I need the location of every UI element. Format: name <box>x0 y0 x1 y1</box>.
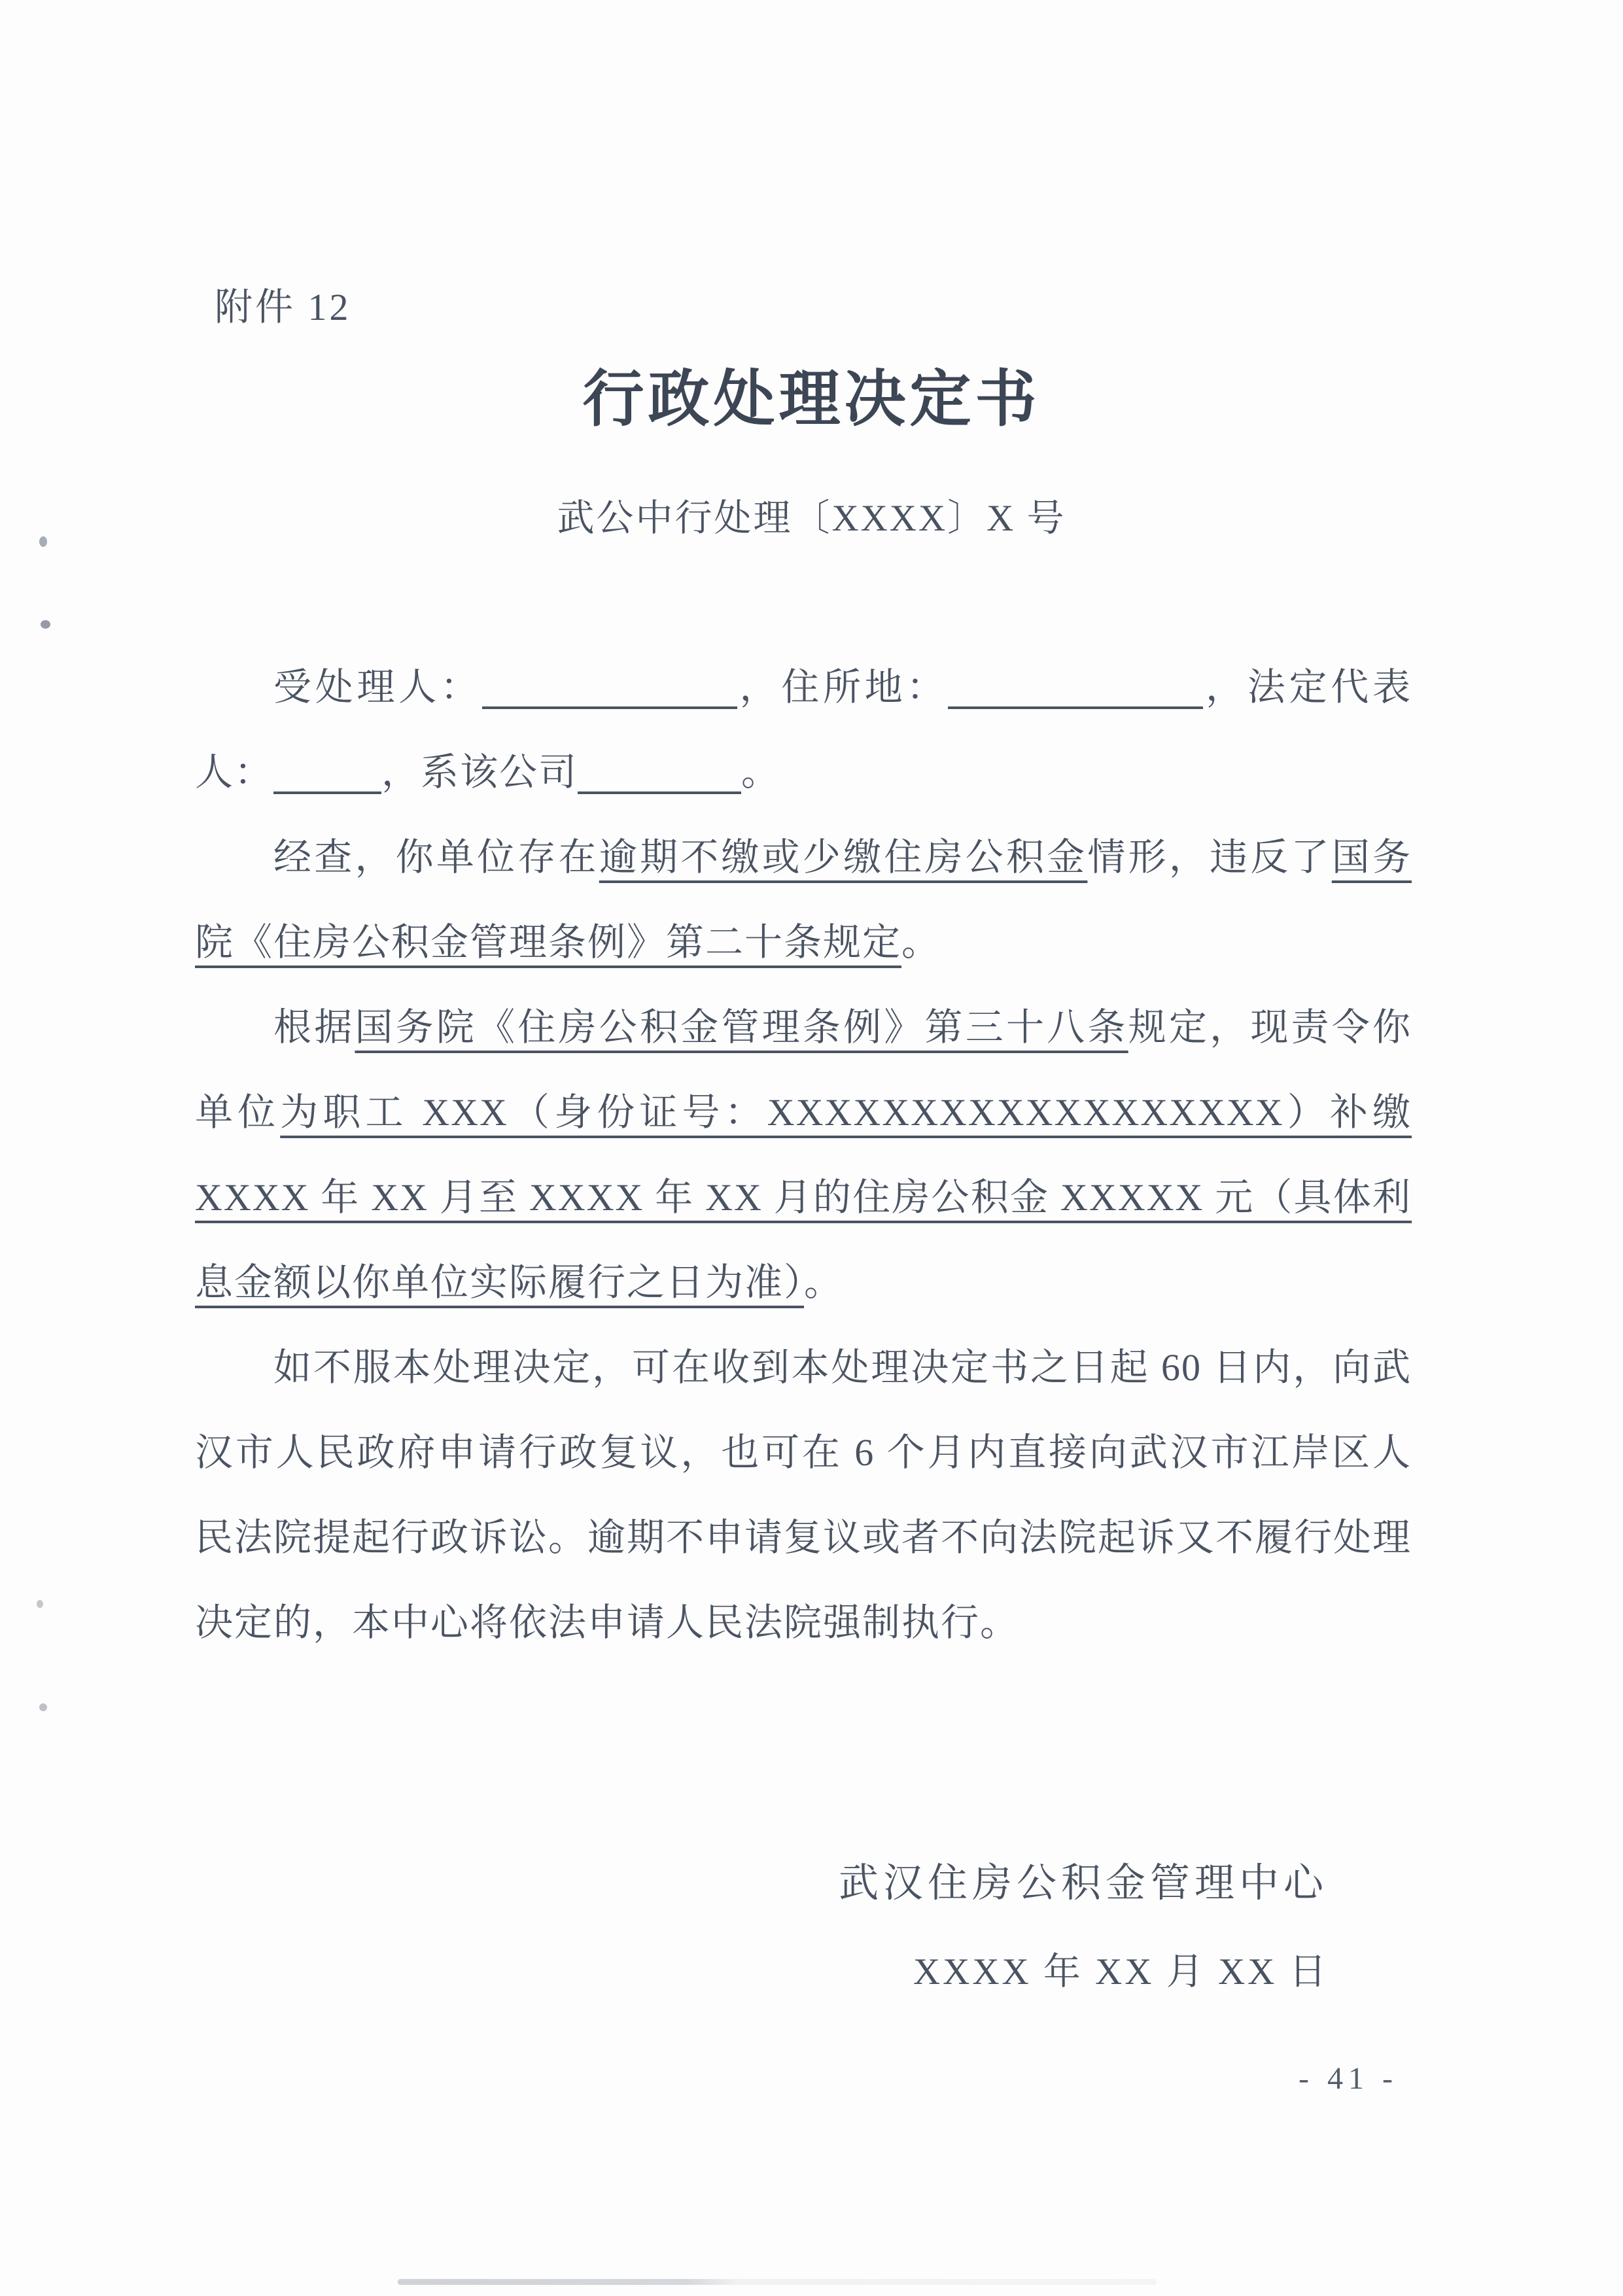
appeal-rights-text: 如不服本处理决定，可在收到本处理决定书之日起 60 日内，向武汉市人民政府申请行… <box>195 1346 1412 1644</box>
paragraph-findings: 经查，你单位存在逾期不缴或少缴住房公积金情形，违反了国务院《住房公积金管理条例》… <box>195 815 1412 985</box>
scan-speck <box>37 1600 43 1608</box>
paragraph-appeal-rights: 如不服本处理决定，可在收到本处理决定书之日起 60 日内，向武汉市人民政府申请行… <box>195 1325 1412 1665</box>
underline-violation-description: 逾期不缴或少缴住房公积金 <box>599 836 1088 878</box>
scan-speck <box>39 1703 47 1711</box>
scan-smudge <box>398 2279 1157 2285</box>
document-page: 附件 12 行政处理决定书 武公中行处理〔XXXX〕X 号 受处理人：，住所地：… <box>0 0 1623 2296</box>
scan-speck <box>39 536 47 547</box>
label-company-role: ，系该公司 <box>381 751 578 793</box>
document-number: 武公中行处理〔XXXX〕X 号 <box>0 488 1623 542</box>
paragraph-order: 根据国务院《住房公积金管理条例》第三十八条规定，现责令你单位为职工 XXX（身份… <box>195 985 1412 1325</box>
blank-address <box>948 680 1203 709</box>
blank-recipient-name <box>482 680 737 709</box>
issuing-authority: 武汉住房公积金管理中心 <box>839 1851 1328 1908</box>
blank-legal-representative <box>273 765 381 794</box>
order-lead: 根据 <box>273 1006 355 1049</box>
attachment-label: 附件 12 <box>215 276 351 331</box>
blank-company-role <box>578 765 741 794</box>
paragraph-recipient-info: 受处理人：，住所地：，法定代表人：，系该公司。 <box>195 645 1412 815</box>
label-address: ，住所地： <box>737 666 948 708</box>
period-order: 。 <box>804 1261 843 1304</box>
period-recipient: 。 <box>741 751 780 793</box>
document-title: 行政处理决定书 <box>0 349 1623 438</box>
underline-payment-order: 为职工 XXX（身份证号：XXXXXXXXXXXXXXXXXX）补缴 XXXX … <box>195 1091 1412 1304</box>
scan-speck <box>41 620 50 629</box>
page-number: - 41 - <box>1299 2061 1398 2096</box>
underline-legal-basis: 国务院《住房公积金管理条例》第三十八条 <box>355 1006 1128 1049</box>
label-recipient: 受处理人： <box>273 666 482 708</box>
issue-date: XXXX 年 XX 月 XX 日 <box>913 1941 1329 1995</box>
findings-middle: 情形，违反了 <box>1087 836 1331 878</box>
document-body: 受处理人：，住所地：，法定代表人：，系该公司。 经查，你单位存在逾期不缴或少缴住… <box>195 645 1412 1665</box>
findings-lead: 经查，你单位存在 <box>273 836 599 878</box>
period-findings: 。 <box>901 921 941 964</box>
